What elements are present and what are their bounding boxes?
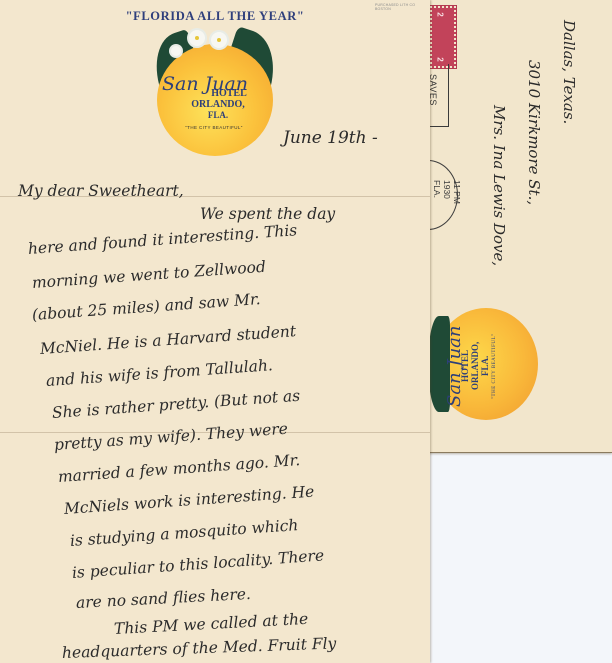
letterhead-tagline: "FLORIDA ALL THE YEAR" [0, 9, 430, 24]
letter-line: is studying a mosquito which [69, 516, 299, 550]
envelope-hotel-logo: San Juan HOTEL ORLANDO, FLA. "THE CITY B… [428, 306, 536, 424]
blossom-icon [189, 30, 205, 46]
envelope-logo-hotel: HOTEL [460, 350, 470, 382]
letter-date: June 19th - [283, 128, 378, 148]
address-line-street: 3010 Kirkmore St., [525, 60, 543, 205]
stamp-denomination-top: 2 [436, 12, 445, 16]
salutation: My dear Sweetheart, [18, 182, 184, 200]
envelope: 2 2 SAVES 11 PM 1930 FLA. Mrs. Ina Lewis… [420, 0, 612, 453]
address-line-name: Mrs. Ina Lewis Dove, [490, 105, 508, 266]
postmark-state: FLA. [432, 180, 442, 198]
letter-line: We spent the day [200, 205, 335, 223]
blossom-bud-icon [171, 46, 181, 56]
logo-text: San Juan HOTEL ORLANDO, FLA. "THE CITY B… [153, 74, 275, 130]
letter-page: PURCHASED LITH CO BOSTON "FLORIDA ALL TH… [0, 0, 430, 663]
letter-line: pretty as my wife). They were [53, 420, 288, 454]
letter-line: are no sand flies here. [76, 585, 252, 612]
logo-city: ORLANDO, [161, 99, 275, 110]
logo-state: FLA. [161, 110, 275, 120]
letter-line: McNiel. He is a Harvard student [39, 322, 296, 358]
letter-line: morning we went to Zellwood [31, 258, 266, 292]
letter-line: married a few months ago. Mr. [57, 451, 300, 486]
letter-line: She is rather pretty. (But not as [51, 387, 300, 422]
letter-line: is peculiar to this locality. There [71, 546, 324, 582]
letter-line: (about 25 miles) and saw Mr. [31, 290, 261, 324]
postmark-time: 11 PM [452, 180, 462, 204]
stamp-denomination-bottom: 2 [436, 57, 445, 61]
letterhead-hotel-logo: San Juan HOTEL ORLANDO, FLA. "THE CITY B… [153, 24, 275, 158]
blossom-icon [211, 32, 227, 48]
postage-stamp: 2 2 [430, 6, 456, 68]
letter-line: here and found it interesting. This [27, 221, 297, 258]
postmark-year: 1930 [442, 180, 452, 199]
letter-line: This PM we called at the [114, 610, 309, 638]
letter-line: headquarters of the Med. Fruit Fly [62, 634, 337, 662]
envelope-logo-city: ORLANDO, [470, 342, 480, 390]
recipient-address: Mrs. Ina Lewis Dove, 3010 Kirkmore St., … [480, 20, 610, 290]
envelope-logo-motto: "THE CITY BEAUTIFUL" [492, 333, 497, 399]
logo-motto: "THE CITY BEAUTIFUL" [153, 125, 275, 130]
envelope-logo-text: San Juan HOTEL ORLANDO, FLA. "THE CITY B… [450, 318, 520, 414]
letter-line: McNiels work is interesting. He [63, 483, 314, 518]
postmark-text: 11 PM 1930 FLA. [432, 180, 462, 204]
address-line-city: Dallas, Texas. [560, 20, 578, 124]
envelope-logo-state: FLA. [480, 356, 490, 376]
letter-line: and his wife is from Tallulah. [45, 356, 273, 390]
